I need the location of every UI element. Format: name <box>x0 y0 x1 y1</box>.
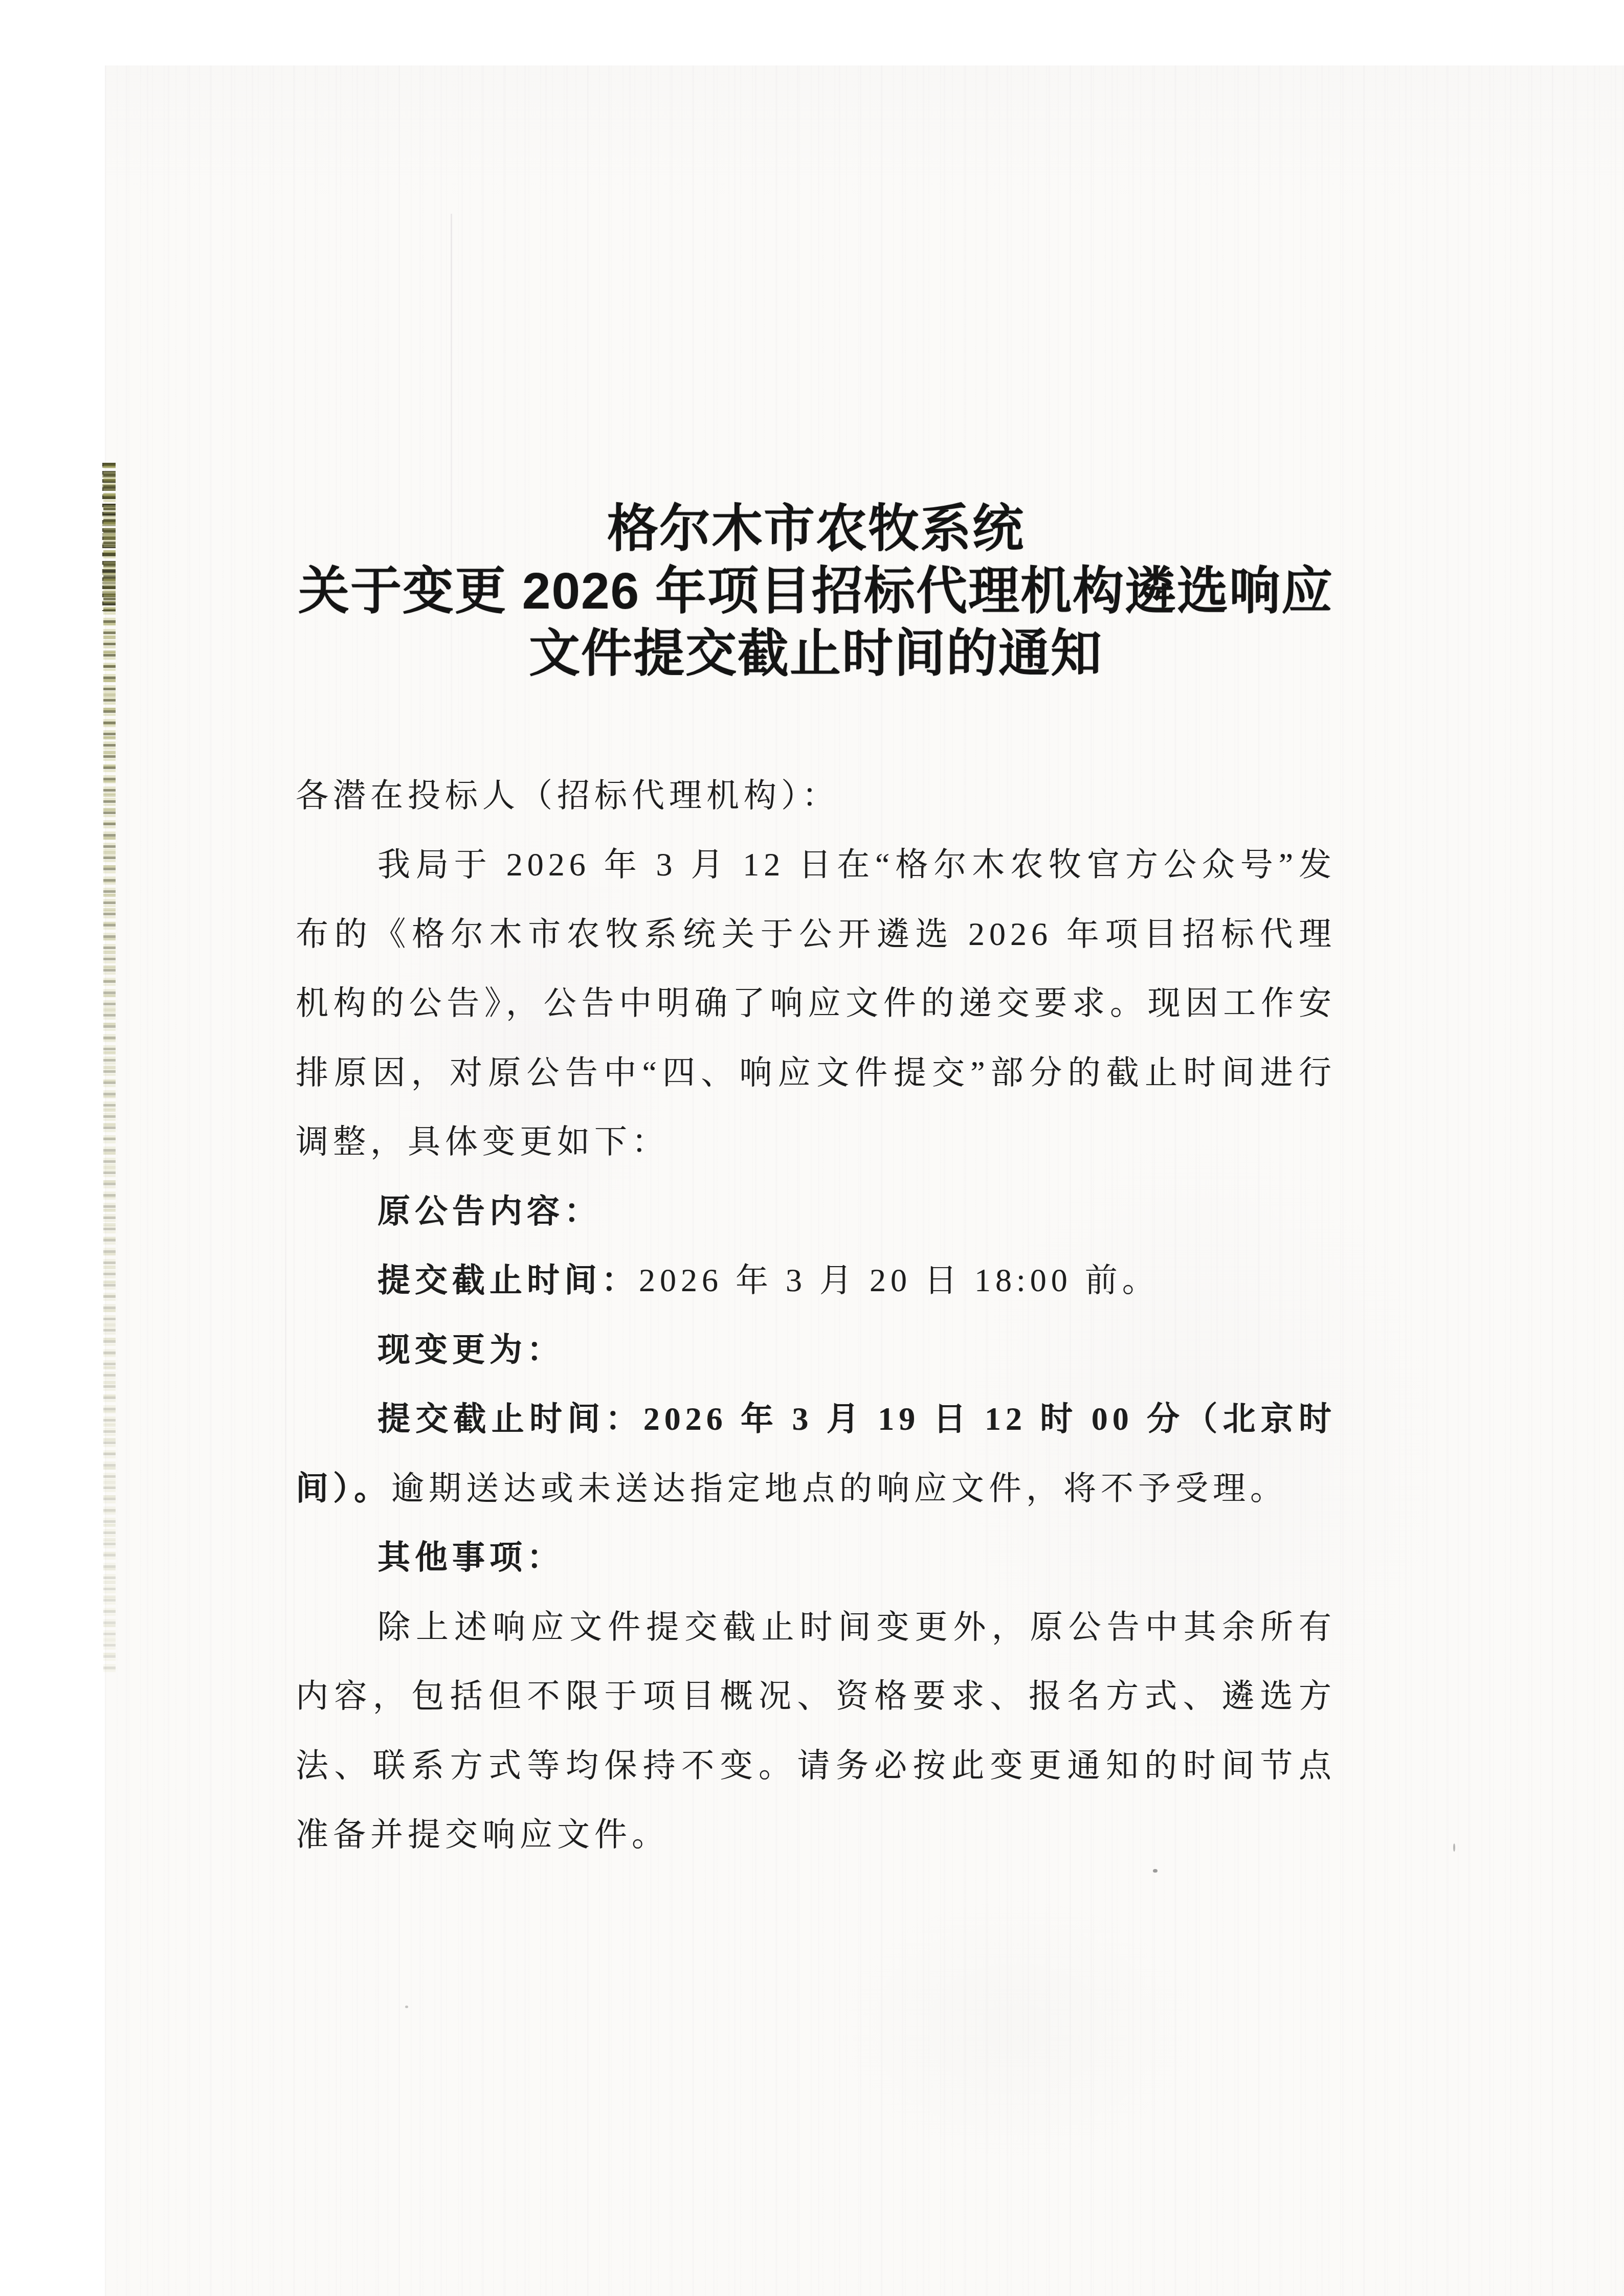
section-heading-changed-to: 现变更为： <box>296 1315 1336 1384</box>
scan-speck <box>1453 1843 1455 1852</box>
new-deadline-note: 逾期送达或未送达指定地点的响应文件，将不予受理。 <box>391 1470 1287 1506</box>
salutation: 各潜在投标人（招标代理机构）： <box>296 761 1336 830</box>
original-deadline-line: 提交截止时间：2026 年 3 月 20 日 18:00 前。 <box>296 1246 1336 1315</box>
scan-crease-line <box>285 1063 286 1932</box>
original-deadline-label: 提交截止时间： <box>377 1262 639 1298</box>
section-heading-original-content: 原公告内容： <box>296 1177 1336 1246</box>
closing-paragraph: 除上述响应文件提交截止时间变更外，原公告中其余所有内容，包括但不限于项目概况、资… <box>296 1592 1336 1870</box>
scanned-notice-page: 格尔木市农牧系统 关于变更 2026 年项目招标代理机构遴选响应 文件提交截止时… <box>0 0 1624 2296</box>
notice-title-line-1: 格尔木市农牧系统 <box>118 498 1514 560</box>
notice-title-line-3: 文件提交截止时间的通知 <box>118 622 1514 685</box>
original-deadline-value: 2026 年 3 月 20 日 18:00 前。 <box>639 1262 1160 1298</box>
scan-speck <box>405 2006 408 2008</box>
intro-paragraph: 我局于 2026 年 3 月 12 日在“格尔木农牧官方公众号”发布的《格尔木市… <box>296 830 1336 1176</box>
binding-torn-edge <box>103 463 116 1675</box>
section-heading-other-matters: 其他事项： <box>296 1523 1336 1592</box>
notice-title: 格尔木市农牧系统 关于变更 2026 年项目招标代理机构遴选响应 文件提交截止时… <box>118 498 1514 685</box>
notice-body: 各潜在投标人（招标代理机构）： 我局于 2026 年 3 月 12 日在“格尔木… <box>296 761 1336 1870</box>
scan-speck <box>1153 1869 1158 1873</box>
notice-title-line-2: 关于变更 2026 年项目招标代理机构遴选响应 <box>118 560 1514 622</box>
new-deadline-paragraph: 提交截止时间：2026 年 3 月 19 日 12 时 00 分（北京时间）。逾… <box>296 1384 1336 1523</box>
